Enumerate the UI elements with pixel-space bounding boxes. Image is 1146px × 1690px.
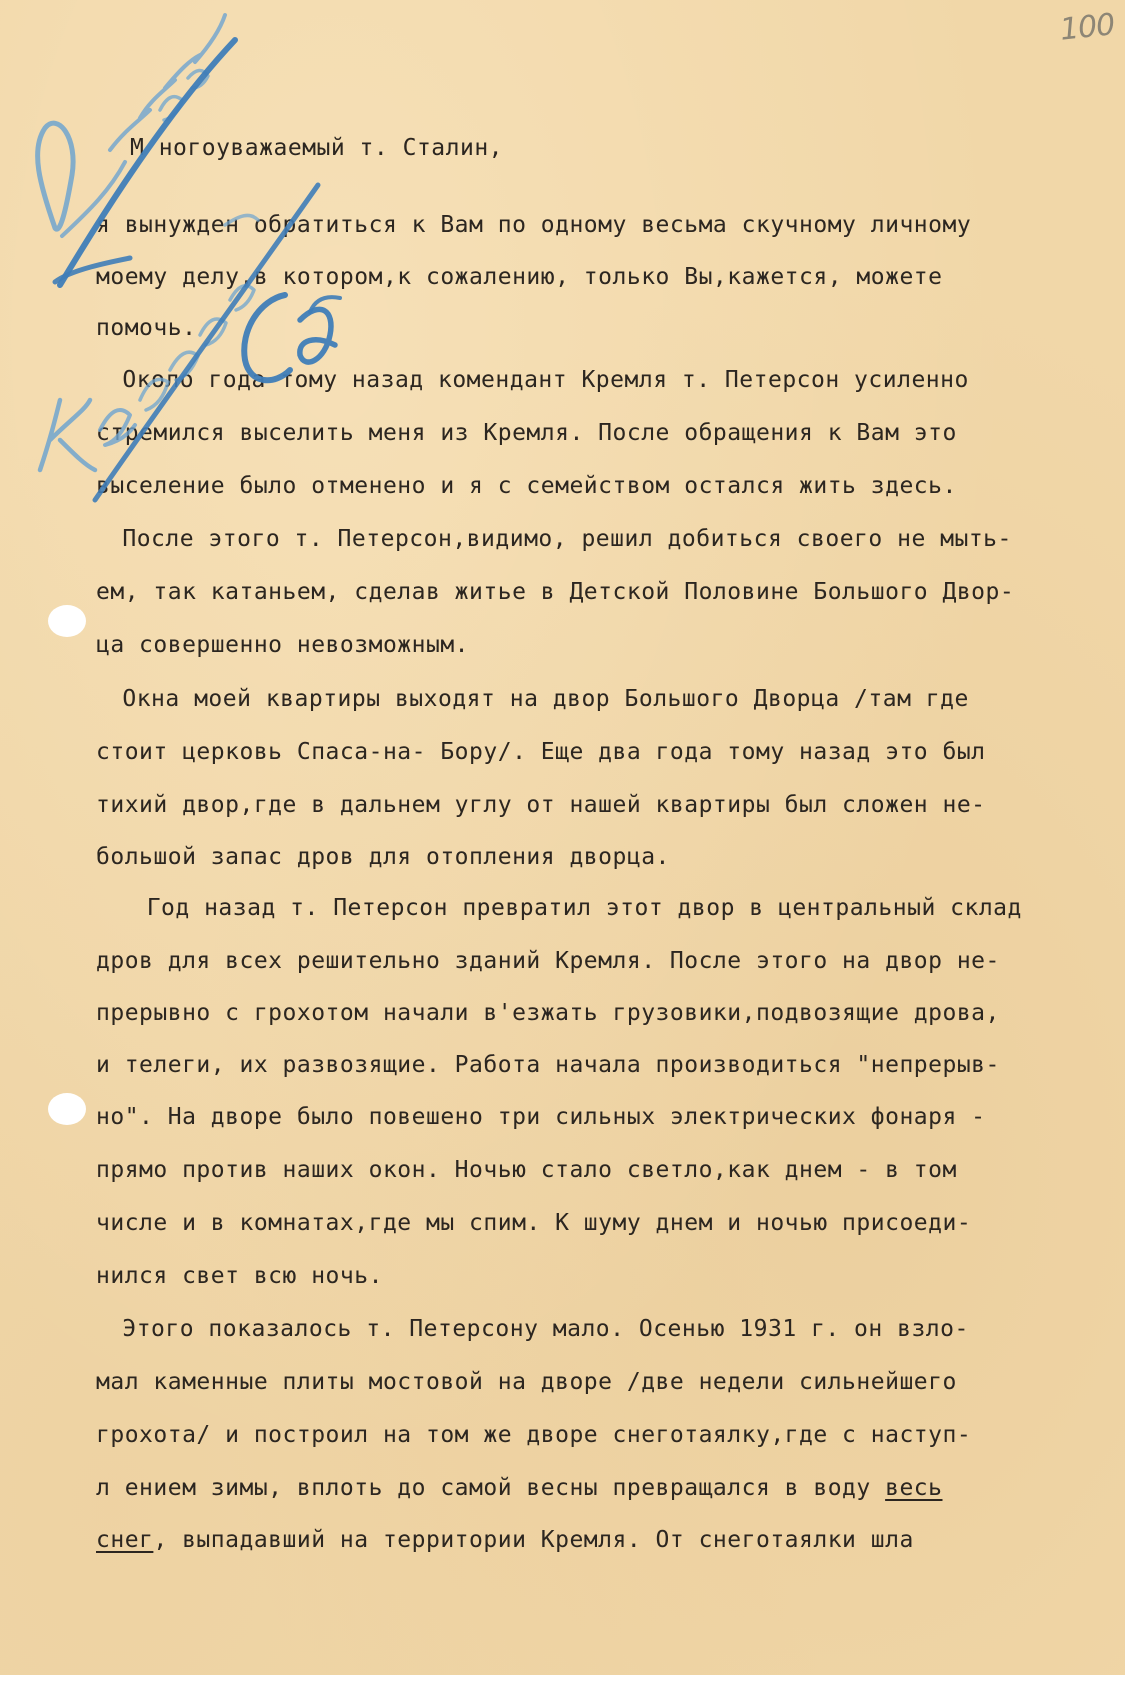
text-line-14: Год назад т. Петерсон превратил этот дво… xyxy=(118,893,1022,923)
punch-hole-lower xyxy=(48,1093,86,1125)
text-line-7: После этого т. Петерсон,видимо, решил до… xyxy=(108,524,1012,554)
text-line-16: прерывно с грохотом начали в'езжать груз… xyxy=(96,998,1000,1028)
text-line-20: числе и в комнатах,где мы спим. К шуму д… xyxy=(96,1208,971,1238)
text-line-21: нился свет всю ночь. xyxy=(96,1261,383,1291)
underlined-word-sneg: снег xyxy=(96,1527,153,1553)
text-line-19: прямо против наших окон. Ночью стало све… xyxy=(96,1155,957,1185)
text-line-23: мал каменные плиты мостовой на дворе /дв… xyxy=(96,1367,957,1397)
underlined-word-ves: весь xyxy=(885,1475,942,1501)
text-line-2: моему делу,в котором,к сожалению, только… xyxy=(96,262,942,292)
text-line-11: стоит церковь Спаса-на- Бору/. Еще два г… xyxy=(96,737,986,767)
text-line-13: большой запас дров для отопления дворца. xyxy=(96,842,670,872)
text-line-9: ца совершенно невозможным. xyxy=(96,630,469,660)
text-line-25-start: л ением зимы, вплоть до самой весны прев… xyxy=(96,1475,885,1501)
text-line-18: но". На дворе было повешено три сильных … xyxy=(96,1102,986,1132)
folio-number: 100 xyxy=(1058,7,1116,47)
text-line-5: стремился выселить меня из Кремля. После… xyxy=(96,418,957,448)
punch-hole-upper xyxy=(48,605,86,637)
salutation: М ногоуважаемый т. Сталин, xyxy=(130,133,503,163)
text-line-15: дров для всех решительно зданий Кремля. … xyxy=(96,946,1000,976)
text-line-6: выселение было отменено и я с семейством… xyxy=(96,471,957,501)
text-line-3: помочь. xyxy=(96,313,196,343)
text-line-12: тихий двор,где в дальнем углу от нашей к… xyxy=(96,790,986,820)
text-line-8: ем, так катаньем, сделав житье в Детской… xyxy=(96,577,1014,607)
text-line-10: Окна моей квартиры выходят на двор Больш… xyxy=(108,684,969,714)
text-line-4: Около года тому назад комендант Кремля т… xyxy=(108,365,969,395)
text-line-24: грохота/ и построил на том же дворе снег… xyxy=(96,1420,971,1450)
text-line-26: снег, выпадавший на территории Кремля. О… xyxy=(96,1525,914,1555)
text-line-1: я вынужден обратиться к Вам по одному ве… xyxy=(96,210,971,240)
document-page: 100 М ногоуважаемый т. Сталин, я вынужде… xyxy=(0,0,1125,1675)
text-line-17: и телеги, их развозящие. Работа начала п… xyxy=(96,1050,1000,1080)
text-line-26-rest: , выпадавший на территории Кремля. От сн… xyxy=(153,1527,913,1553)
text-line-22: Этого показалось т. Петерсону мало. Осен… xyxy=(108,1314,969,1344)
text-line-25: л ением зимы, вплоть до самой весны прев… xyxy=(96,1473,943,1503)
